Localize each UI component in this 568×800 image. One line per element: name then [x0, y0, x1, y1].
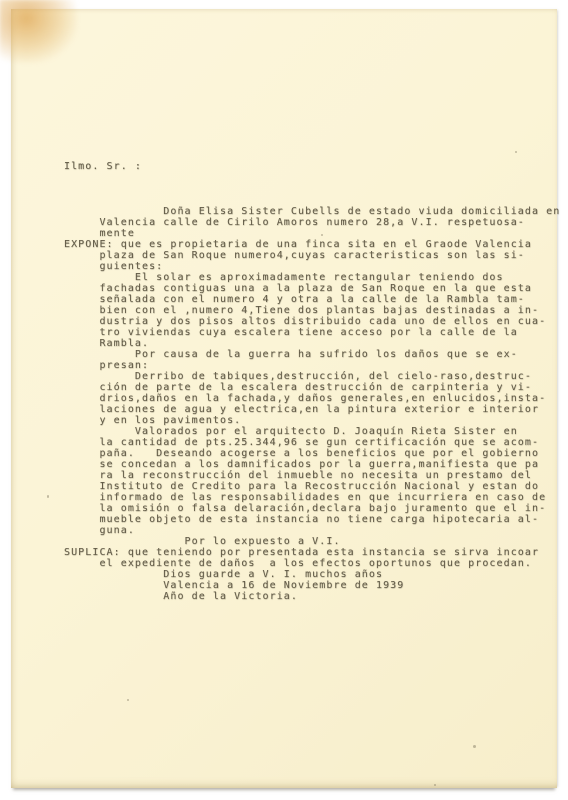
paper-speck [47, 495, 49, 498]
paper-speck [434, 784, 436, 786]
document-text-line: fachadas contiguas una a la plaza de San… [64, 283, 560, 294]
paper-speck [473, 745, 476, 748]
salutation-line: Ilmo. Sr. : [64, 161, 142, 172]
document-text-line: Dios guarde a V. I. muchos años [64, 569, 560, 580]
paper-speck [127, 699, 129, 701]
document-text-line: y en los pavimentos. [64, 415, 560, 426]
document-text-line: Doña Elisa Sister Cubells de estado viud… [64, 206, 560, 217]
document-text-line: bien con el ,numero 4,Tiene dos plantas … [64, 305, 560, 316]
document-text-line: Por lo expuesto a V.I. [64, 536, 560, 547]
document-text-line: guna. [64, 525, 560, 536]
document-text-line: presan: [64, 360, 560, 371]
paper-stain [0, 0, 77, 63]
document-text-line: EXPONE: que es propietaria de una finca … [64, 239, 560, 250]
document-text-line: ción de parte de la escalera destrucción… [64, 382, 560, 393]
document-text-line: mueble objeto de esta instancia no tiene… [64, 514, 560, 525]
document-text-line: SUPLICA: que teniendo por presentada est… [64, 547, 560, 558]
document-text-line: Valorados por el arquitecto D. Joaquín R… [64, 426, 560, 437]
document-text-line: Instituto de Credito para la Recostrucci… [64, 481, 560, 492]
document-text-line: Valencia calle de Cirilo Amoros numero 2… [64, 217, 560, 228]
document-text-line: Valencia a 16 de Noviembre de 1939 [64, 580, 560, 591]
document-text-line: Por causa de la guerra ha sufrido los da… [64, 349, 560, 360]
document-text-line: ra la reconstrucción del inmueble no nec… [64, 470, 560, 481]
paper-speck [515, 151, 517, 153]
document-text-line: Rambla. [64, 338, 560, 349]
document-text-line: Derribo de tabiques,destrucción, del cie… [64, 371, 560, 382]
document-text-line: plaza de San Roque numero4,cuyas caracte… [64, 250, 560, 261]
document-text-line: informado de las responsabilidades en qu… [64, 492, 560, 503]
document-body: Doña Elisa Sister Cubells de estado viud… [64, 206, 560, 602]
document-text-line: Año de la Victoria. [64, 591, 560, 602]
document-text-line: dustria y dos pisos altos distribuido ca… [64, 316, 560, 327]
document-text-line: El solar es aproximadamente rectangular … [64, 272, 560, 283]
document-text-line: la omisión o falsa delaración,declara ba… [64, 503, 560, 514]
document-text-line: tro viviendas cuya escalera tiene acceso… [64, 327, 560, 338]
document-text-line: drios,daños en la fachada,y daños genera… [64, 393, 560, 404]
paper-sheet: Ilmo. Sr. : Doña Elisa Sister Cubells de… [11, 9, 557, 788]
document-text-line: señalada con el numero 4 y otra a la cal… [64, 294, 560, 305]
document-text-line: se concedan a los damnificados por la gu… [64, 459, 560, 470]
document-text-line: guientes: [64, 261, 560, 272]
scanned-document: Ilmo. Sr. : Doña Elisa Sister Cubells de… [0, 0, 568, 800]
document-text-line: laciones de agua y electrica,en la pintu… [64, 404, 560, 415]
document-text-line: la cantidad de pts.25.344,96 se gun cert… [64, 437, 560, 448]
document-text-line: mente [64, 228, 560, 239]
document-text-line: el expediente de daños a los efectos opo… [64, 558, 560, 569]
document-text-line: paña. Deseando acogerse a los beneficios… [64, 448, 560, 459]
